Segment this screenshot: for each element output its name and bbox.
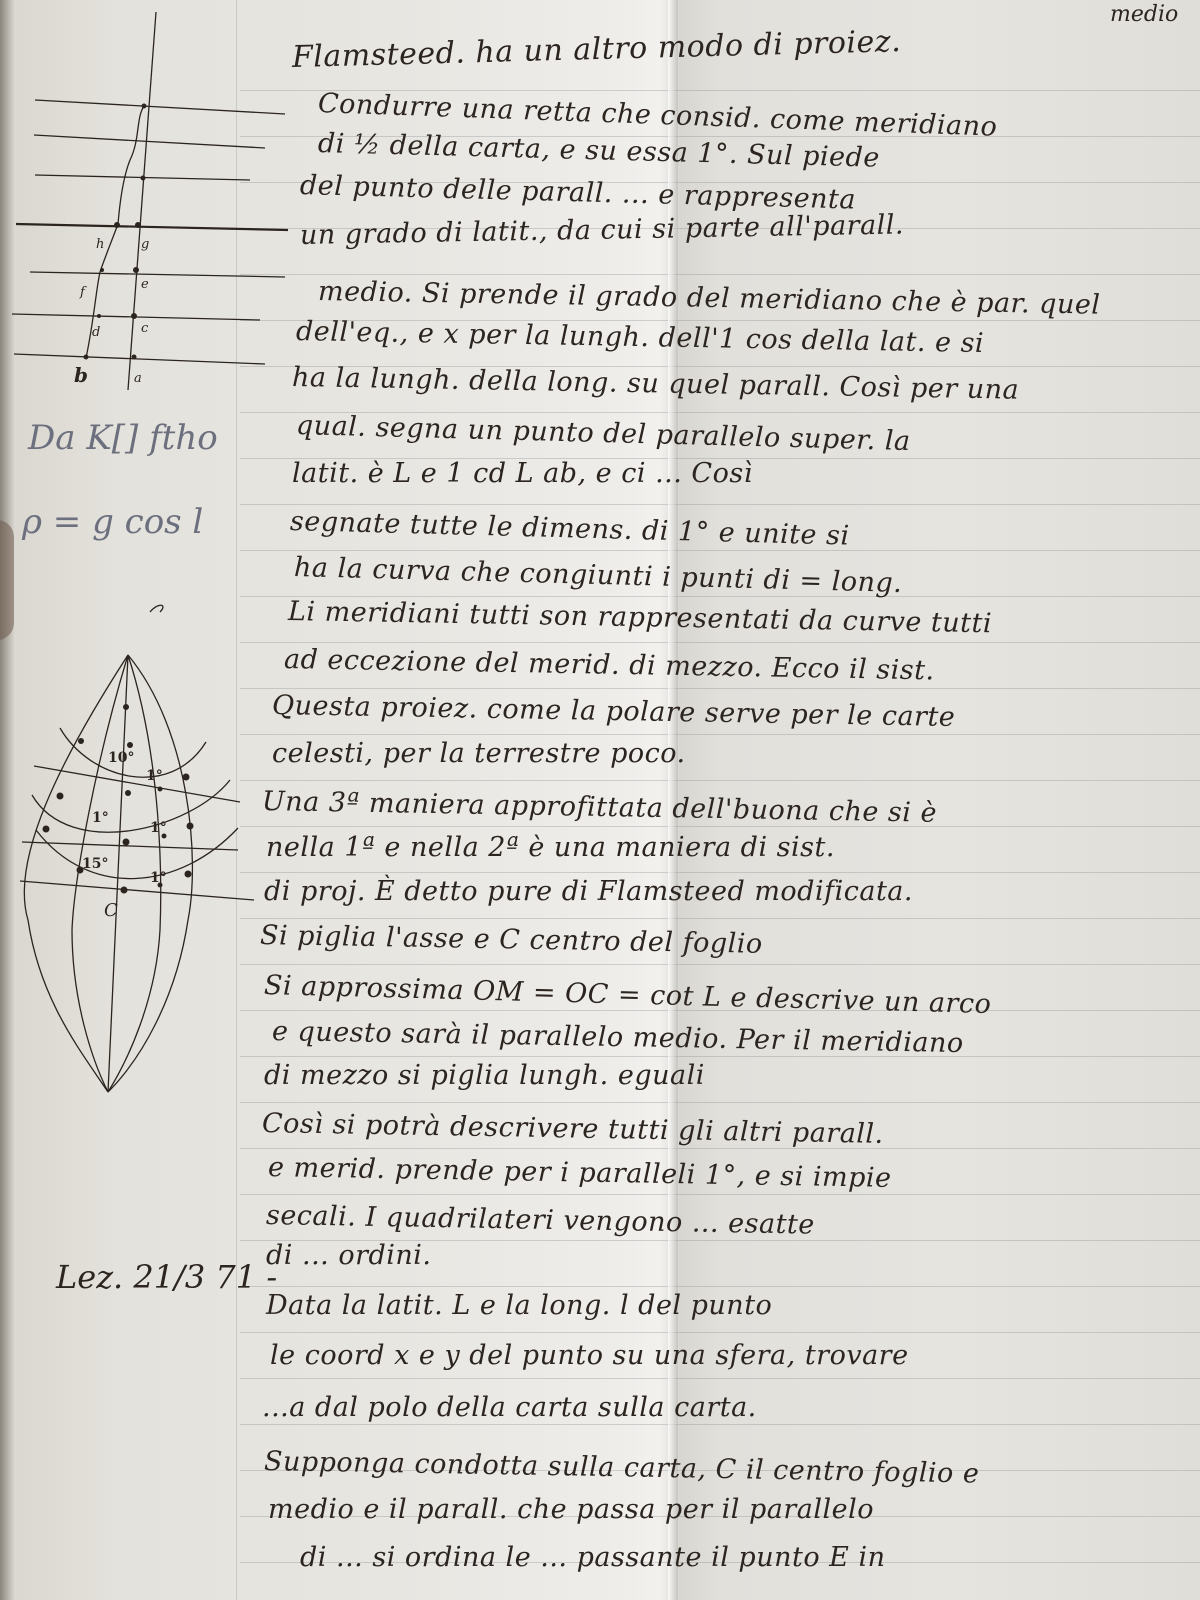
text-line: nella 1ª e nella 2ª è una maniera di sis… xyxy=(266,832,835,863)
text-line: di proj. È detto pure di Flamsteed modif… xyxy=(264,876,913,907)
degree-label: 15° xyxy=(82,856,108,872)
text-line: Li meridiani tutti son rappresentati da … xyxy=(288,596,993,639)
degree-label: 1° xyxy=(92,810,109,826)
text-line: le coord x e y del punto su una sfera, t… xyxy=(270,1340,909,1371)
text-line: ...a dal polo della carta sulla carta. xyxy=(262,1392,757,1423)
text-line: di mezzo si piglia lungh. eguali xyxy=(264,1060,705,1091)
manuscript-page: medio Flamsteed. ha un altro modo di pro… xyxy=(0,0,1200,1600)
pencil-note-formula: ρ = g cos l xyxy=(22,502,203,542)
text-line: qual. segna un punto del parallelo super… xyxy=(296,410,911,457)
degree-label: 1° xyxy=(150,870,167,886)
text-line: un grado di latit., da cui si parte all'… xyxy=(300,209,905,251)
degree-label: 1° xyxy=(150,820,167,836)
text-line: del punto delle parall. ... e rappresent… xyxy=(300,170,857,216)
label-c: c xyxy=(141,321,149,336)
text-line: secali. I quadrilateri vengono ... esatt… xyxy=(266,1200,815,1241)
label-a: a xyxy=(134,371,142,386)
text-line: Si approssima OM = OC = cot L e descrive… xyxy=(264,970,992,1020)
flamsteed-projection-diagram: 10° 1° 1° 1° 1° 15° C xyxy=(0,600,290,1100)
label-e: e xyxy=(141,277,149,292)
text-line: ha la lungh. della long. su quel parall.… xyxy=(292,362,1020,406)
label-f: f xyxy=(79,285,87,300)
text-line: Questa proiez. come la polare serve per … xyxy=(272,690,956,733)
text-line: e merid. prende per i paralleli 1°, e si… xyxy=(268,1152,892,1194)
text-line: medio. Si prende il grado del meridiano … xyxy=(318,276,1101,321)
meridian-construction-diagram: h g f e d c b a xyxy=(0,0,290,390)
label-h: h xyxy=(96,237,104,252)
degree-label: 10° xyxy=(108,750,134,766)
degree-label: 1° xyxy=(146,768,163,784)
text-line: celesti, per la terrestre poco. xyxy=(272,738,686,769)
text-line: medio e il parall. che passa per il para… xyxy=(268,1494,874,1525)
lecture-date-note: Lez. 21/3 71 - xyxy=(56,1258,277,1296)
pencil-note-1: Da K[] ftho xyxy=(28,418,218,458)
text-line: Si piglia l'asse e C centro del foglio xyxy=(260,920,763,960)
text-line: Flamsteed. ha un altro modo di proiez. xyxy=(292,24,902,75)
label-g: g xyxy=(141,237,149,252)
text-line: e questo sarà il parallelo medio. Per il… xyxy=(272,1016,964,1059)
text-line: ha la curva che congiunti i punti di = l… xyxy=(294,552,903,599)
text-line: ad eccezione del merid. di mezzo. Ecco i… xyxy=(284,644,935,686)
text-line: Una 3ª maniera approfittata dell'buona c… xyxy=(262,786,938,829)
text-line: segnate tutte le dimens. di 1° e unite s… xyxy=(290,506,850,552)
label-b: b xyxy=(74,363,88,387)
text-line: dell'eq., e x per la lungh. dell'1 cos d… xyxy=(296,316,985,359)
center-label-c: C xyxy=(104,900,118,921)
text-line: di ... ordini. xyxy=(266,1240,432,1271)
text-line: Supponga condotta sulla carta, C il cent… xyxy=(264,1446,980,1489)
text-line: di ... si ordina le ... passante il punt… xyxy=(300,1542,886,1573)
text-line: latit. è L e 1 cd L ab, e ci ... Così xyxy=(292,458,753,489)
top-right-fragment: medio xyxy=(1110,2,1178,27)
text-line: Data la latit. L e la long. l del punto xyxy=(266,1290,772,1321)
label-d: d xyxy=(92,325,100,340)
text-line: Così si potrà descrivere tutti gli altri… xyxy=(262,1108,884,1150)
